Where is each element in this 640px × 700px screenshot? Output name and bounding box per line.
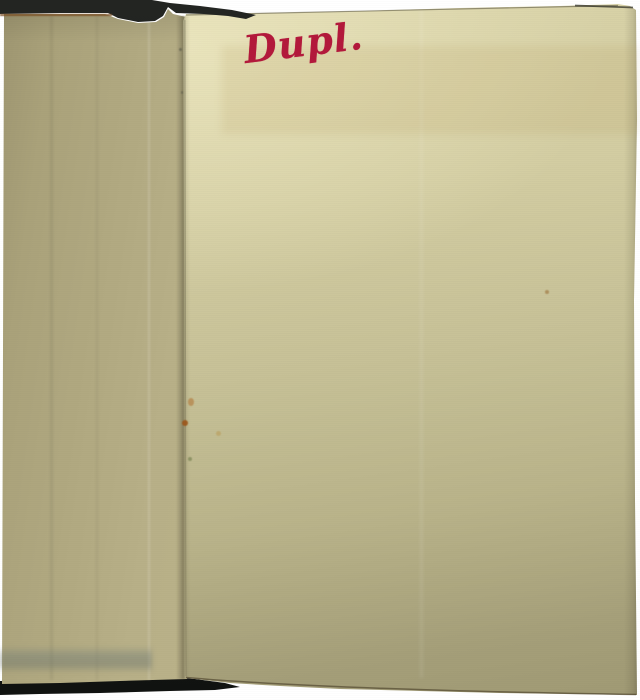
cover-turn-in-line: [0, 14, 112, 16]
paper-crease: [50, 16, 53, 680]
paper-crease: [96, 16, 98, 680]
book-photo: Dupl.: [0, 0, 640, 700]
gutter-fold: [176, 16, 190, 679]
bottom-discoloration-band: [0, 646, 152, 673]
paper-crease: [148, 16, 150, 680]
